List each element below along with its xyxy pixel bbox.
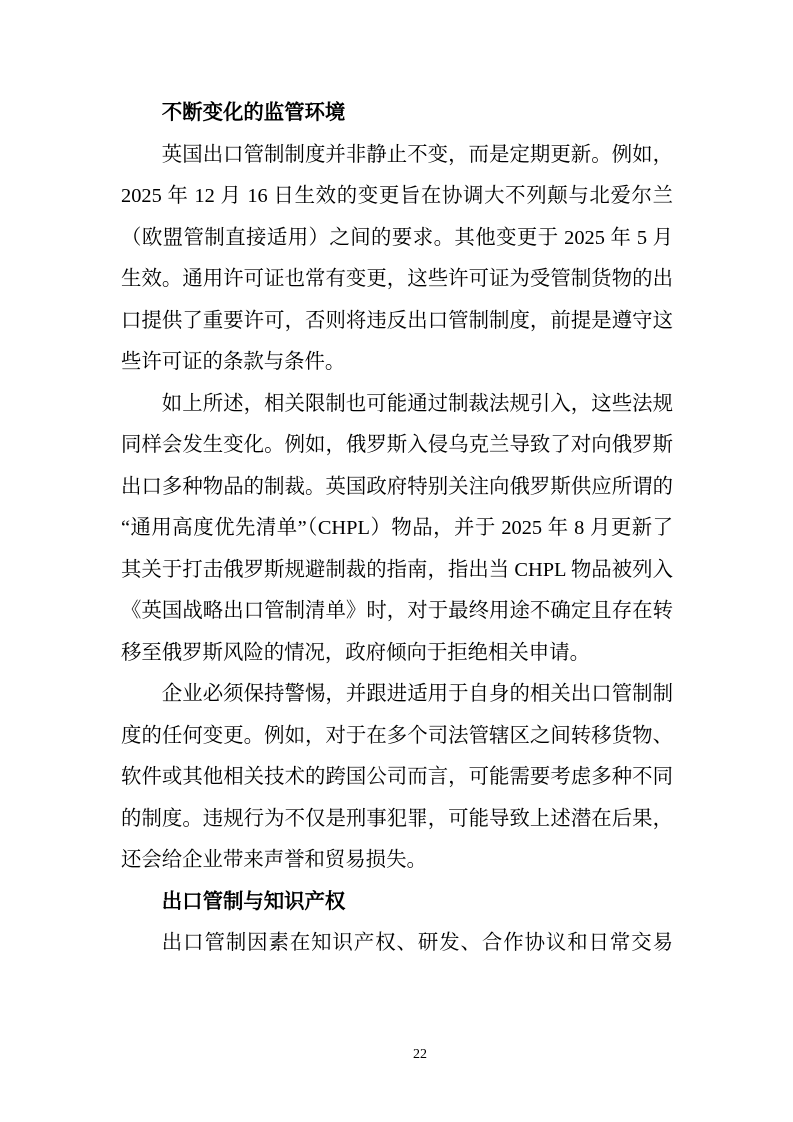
paragraph-uk-export-control-updates: 英国出口管制制度并非静止不变，而是定期更新。例如，2025 年 12 月 16 …	[121, 135, 673, 384]
paragraph-export-controls-ip-intro: 出口管制因素在知识产权、研发、合作协议和日常交易	[121, 923, 673, 965]
document-body: 不断变化的监管环境 英国出口管制制度并非静止不变，而是定期更新。例如，2025 …	[121, 93, 673, 965]
section-heading-export-controls-and-ip: 出口管制与知识产权	[121, 882, 673, 924]
page-number: 22	[0, 1047, 793, 1063]
section-heading-changing-regulatory-environment: 不断变化的监管环境	[121, 93, 673, 135]
paragraph-sanctions-chpl: 如上所述，相关限制也可能通过制裁法规引入，这些法规同样会发生变化。例如，俄罗斯入…	[121, 384, 673, 675]
document-page: 不断变化的监管环境 英国出口管制制度并非静止不变，而是定期更新。例如，2025 …	[0, 0, 793, 1122]
paragraph-business-vigilance: 企业必须保持警惕，并跟进适用于自身的相关出口管制制度的任何变更。例如，对于在多个…	[121, 674, 673, 882]
